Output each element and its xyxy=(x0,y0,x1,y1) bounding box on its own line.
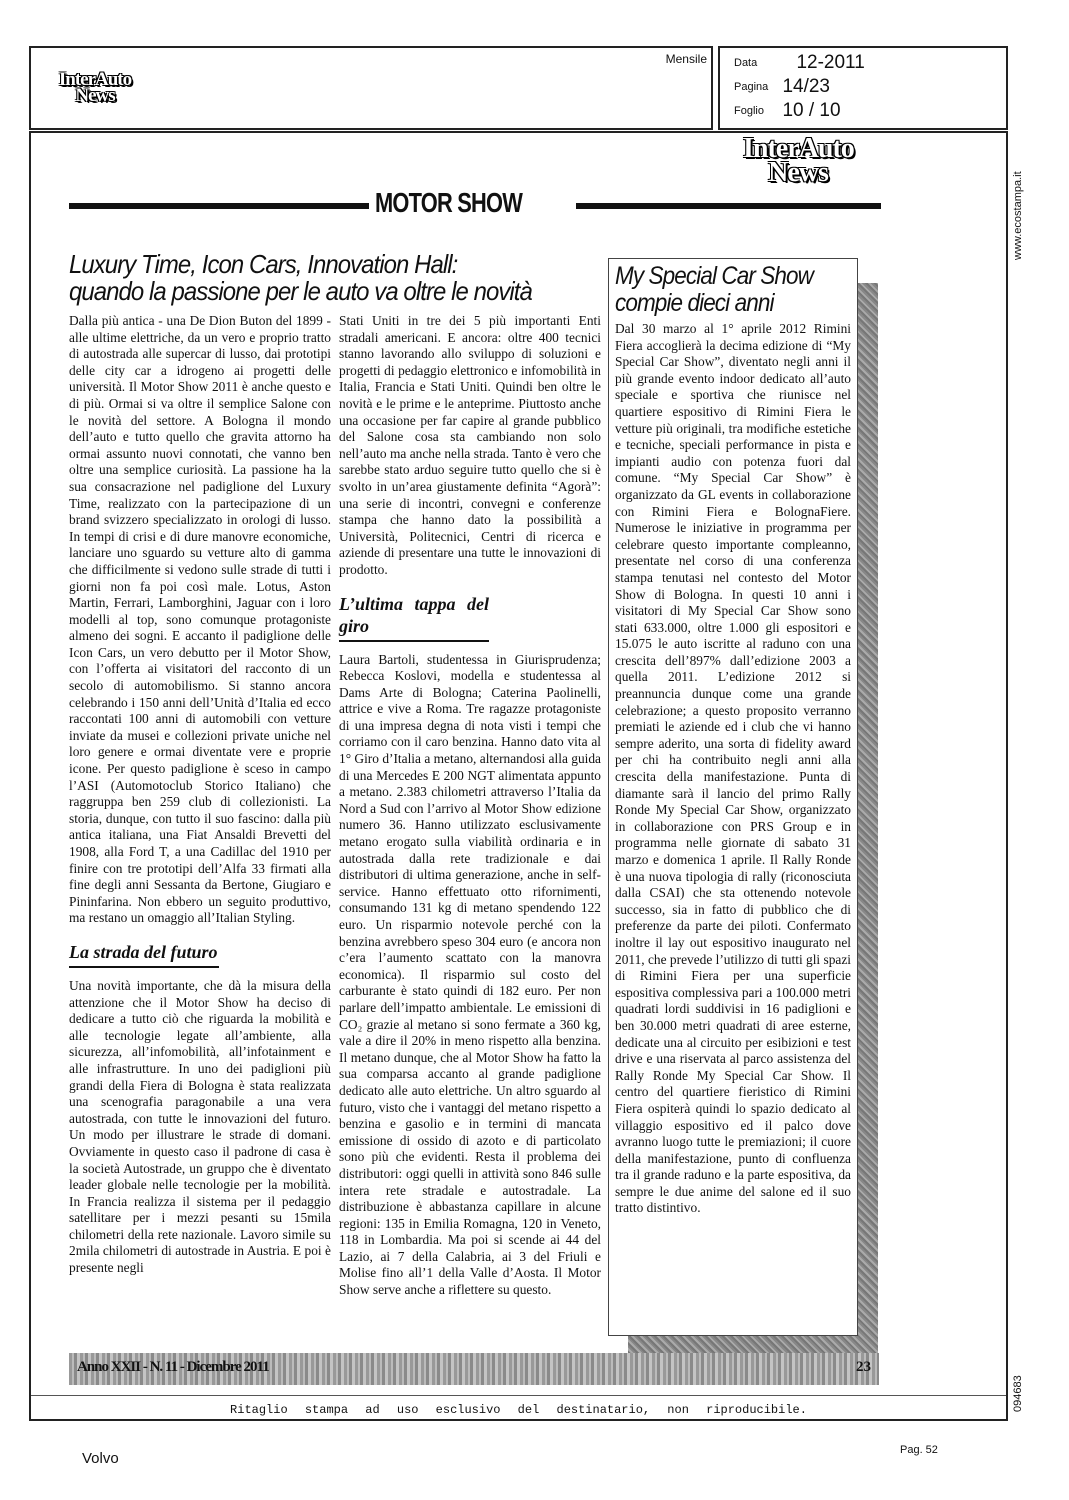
data-value: 12-2011 xyxy=(796,52,864,73)
pagina-label: Pagina xyxy=(734,81,778,93)
disclaimer-text: Ritaglio stampa ad uso esclusivo del des… xyxy=(31,1403,1006,1417)
logo-line-2: News xyxy=(55,88,135,104)
paragraph: Una novità importante, che dà la misura … xyxy=(69,978,331,1277)
pagina-value: 14/23 xyxy=(782,76,830,97)
article-clipping: InterAuto News MOTOR SHOW Luxury Time, I… xyxy=(29,131,1008,1421)
section-header: MOTOR SHOW xyxy=(69,191,881,213)
sidebar-body: Dal 30 marzo al 1° aprile 2012 Rimini Fi… xyxy=(615,321,851,1217)
frequency-label: Mensile xyxy=(666,52,707,66)
meta-row-data: Data 12-2011 xyxy=(734,52,865,74)
page-number: Pag. 52 xyxy=(900,1444,938,1456)
article-headline: Luxury Time, Icon Cars, Innovation Hall:… xyxy=(69,251,584,305)
article-column-2: Stati Uniti in tre dei 5 più importanti … xyxy=(339,313,601,1299)
foglio-value: 10 / 10 xyxy=(782,100,840,121)
paragraph: Dalla più antica - una De Dion Buton del… xyxy=(69,313,331,927)
publication-logo: InterAuto News xyxy=(55,72,135,104)
foglio-label: Foglio xyxy=(734,105,778,117)
magazine-page-number: 23 xyxy=(856,1359,871,1376)
article-logo: InterAuto News xyxy=(743,137,853,185)
section-rule-left xyxy=(69,203,369,209)
divider xyxy=(31,1395,1006,1396)
meta-row-pagina: Pagina 14/23 xyxy=(734,76,830,98)
header-left-box: InterAuto News Mensile xyxy=(29,46,713,130)
paragraph: Stati Uniti in tre dei 5 più importanti … xyxy=(339,313,601,579)
subheading: L’ultima tappa del giro xyxy=(339,593,489,642)
article-logo-line-2: News xyxy=(743,161,853,185)
data-label: Data xyxy=(734,57,778,69)
headline-line-2: quando la passione per le auto va oltre … xyxy=(69,278,584,305)
section-title: MOTOR SHOW xyxy=(375,187,522,219)
header-meta-box: Data 12-2011 Pagina 14/23 Foglio 10 / 10 xyxy=(718,46,1008,130)
section-rule-right xyxy=(576,203,881,209)
sidebar-box: My Special Car Show compie dieci anni Da… xyxy=(608,258,858,1336)
meta-row-foglio: Foglio 10 / 10 xyxy=(734,100,841,122)
client-name: Volvo xyxy=(82,1450,119,1467)
headline-line-1: Luxury Time, Icon Cars, Innovation Hall: xyxy=(69,251,584,278)
magazine-footer-band: Anno XXII - N. 11 - Dicembre 2011 23 xyxy=(69,1353,879,1385)
document-code: 094683 xyxy=(1012,1375,1024,1412)
paragraph: Laura Bartoli, studentessa in Giurisprud… xyxy=(339,652,601,1299)
sidebar-title: My Special Car Show compie dieci anni xyxy=(615,263,827,317)
subheading: La strada del futuro xyxy=(69,941,219,968)
issue-label: Anno XXII - N. 11 - Dicembre 2011 xyxy=(77,1359,269,1376)
article-column-1: Dalla più antica - una De Dion Buton del… xyxy=(69,313,331,1277)
website-label: www.ecostampa.it xyxy=(1012,171,1024,260)
